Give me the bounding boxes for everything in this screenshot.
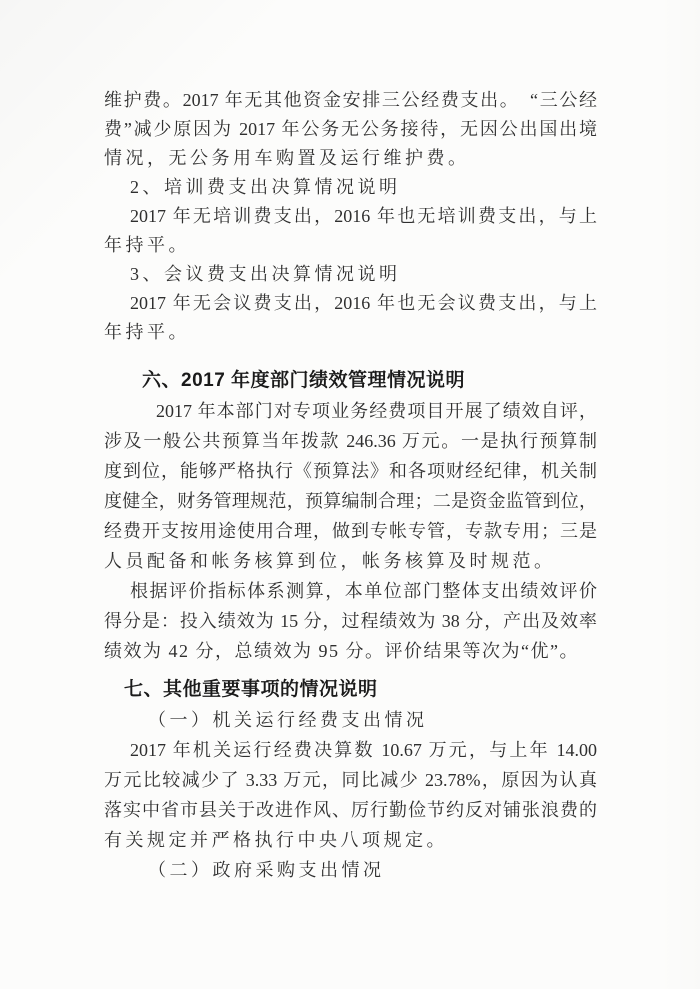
para-operating-expense: 2017 年机关运行经费决算数 10.67 万元，与上年 14.00万元比较减少… — [104, 735, 597, 855]
text-line: 2017 年机关运行经费决算数 10.67 万元，与上年 14.00 — [104, 735, 597, 765]
text-line: 万元比较减少了 3.33 万元，同比减少 23.78%，原因为认真 — [104, 765, 597, 795]
text-line: 情况，无公务用车购置及运行维护费。 — [104, 144, 597, 173]
heading-line: 六、2017 年度部门绩效管理情况说明 — [142, 366, 597, 396]
document-content: 维护费。2017 年无其他资金安排三公经费支出。 “三公经费”减少原因为 201… — [104, 86, 597, 885]
text-line: 落实中省市县关于改进作风、厉行勤俭节约反对铺张浪费的 — [104, 795, 597, 825]
text-line: 3、会议费支出决算情况说明 — [104, 260, 597, 289]
para-performance-self-evaluation: 2017 年本部门对专项业务经费项目开展了绩效自评，涉及一般公共预算当年拨款 2… — [104, 396, 597, 576]
para-performance-score: 根据评价指标体系测算，本单位部门整体支出绩效评价得分是：投入绩效为 15 分，过… — [104, 576, 597, 666]
text-line: 费”减少原因为 2017 年公务无公务接待，无因公出国出境 — [104, 115, 597, 144]
text-line: 2、培训费支出决算情况说明 — [104, 173, 597, 202]
text-line: 经费开支按用途使用合理，做到专帐专管，专款专用；三是 — [104, 516, 597, 546]
item-2-training-fee-heading: 2、培训费支出决算情况说明 — [104, 173, 597, 202]
text-line: 根据评价指标体系测算，本单位部门整体支出绩效评价 — [104, 576, 597, 606]
text-line: （二）政府采购支出情况 — [104, 855, 597, 885]
text-line: 2017 年无会议费支出，2016 年也无会议费支出，与上 — [104, 289, 597, 318]
text-line: 年持平。 — [104, 231, 597, 260]
heading-line: 七、其他重要事项的情况说明 — [124, 675, 597, 705]
para-sangong-expense-continuation: 维护费。2017 年无其他资金安排三公经费支出。 “三公经费”减少原因为 201… — [104, 86, 597, 173]
text-line: 得分是：投入绩效为 15 分，过程绩效为 38 分，产出及效率 — [104, 606, 597, 636]
para-training-fee: 2017 年无培训费支出，2016 年也无培训费支出，与上年持平。 — [104, 202, 597, 260]
text-line: 绩效为 42 分，总绩效为 95 分。评价结果等次为“优”。 — [104, 636, 597, 666]
text-line: 度健全，财务管理规范，预算编制合理；二是资金监管到位， — [104, 486, 597, 516]
document-page: 维护费。2017 年无其他资金安排三公经费支出。 “三公经费”减少原因为 201… — [0, 0, 700, 989]
text-line: 有关规定并严格执行中央八项规定。 — [104, 825, 597, 855]
subheading-2-government-procurement: （二）政府采购支出情况 — [104, 855, 597, 885]
text-line: 维护费。2017 年无其他资金安排三公经费支出。 “三公经 — [104, 86, 597, 115]
para-meeting-fee: 2017 年无会议费支出，2016 年也无会议费支出，与上年持平。 — [104, 289, 597, 347]
text-line: （一）机关运行经费支出情况 — [104, 705, 597, 735]
item-3-meeting-fee-heading: 3、会议费支出决算情况说明 — [104, 260, 597, 289]
heading-section-7-other-matters: 七、其他重要事项的情况说明 — [104, 675, 597, 705]
heading-section-6-performance: 六、2017 年度部门绩效管理情况说明 — [104, 366, 597, 396]
text-line: 2017 年无培训费支出，2016 年也无培训费支出，与上 — [104, 202, 597, 231]
text-line: 年持平。 — [104, 318, 597, 347]
text-line: 度到位，能够严格执行《预算法》和各项财经纪律，机关制 — [104, 456, 597, 486]
text-line: 涉及一般公共预算当年拨款 246.36 万元。一是执行预算制 — [104, 426, 597, 456]
subheading-1-operating-expense: （一）机关运行经费支出情况 — [104, 705, 597, 735]
text-line: 2017 年本部门对专项业务经费项目开展了绩效自评， — [104, 396, 597, 426]
text-line: 人员配备和帐务核算到位，帐务核算及时规范。 — [104, 546, 597, 576]
